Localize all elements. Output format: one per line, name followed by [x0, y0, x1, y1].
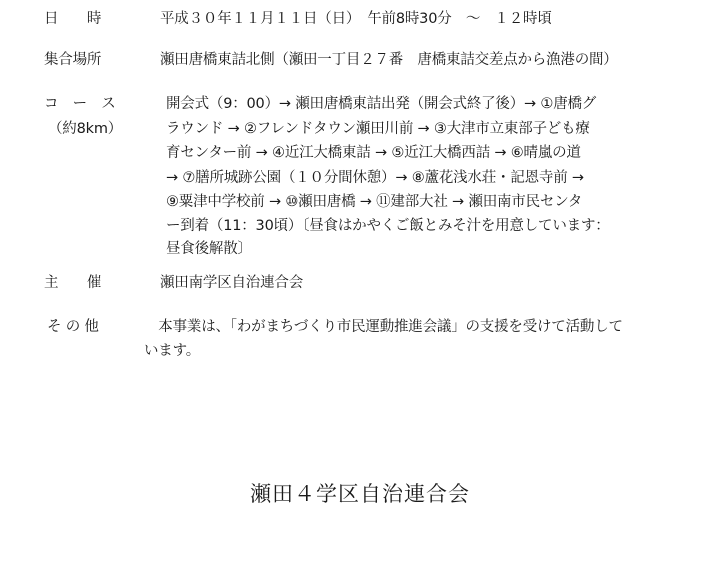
organization-signature: 瀬田４学区自治連合会	[250, 482, 470, 506]
course-line: ラウンド → ②フレンドタウン瀬田川前 → ③大津市立東部子ども療	[166, 120, 590, 138]
datetime-value: 平成３０年１１月１１日（日） 午前8時30分 ～ １２時頃	[160, 10, 552, 28]
course-line: ⑨粟津中学校前 → ⑩瀬田唐橋 → ⑪建部大社 → 瀬田南市民センタ	[166, 193, 582, 211]
course-line: ー到着（11：30頃）〔昼食はかやくご飯とみそ汁を用意しています：	[166, 217, 610, 235]
datetime-label: 日 時	[44, 10, 101, 28]
course-line: 育センター前 → ④近江大橋東詰 → ⑤近江大橋西詰 → ⑥晴嵐の道	[166, 144, 581, 162]
course-line: → ⑦膳所城跡公園（１０分間休憩）→ ⑧蘆花浅水荘・記恩寺前 →	[166, 169, 584, 187]
course-line: 開会式（9：00）→ 瀬田唐橋東詰出発（開会式終了後）→ ①唐橋グ	[166, 95, 596, 113]
other-label: そ の 他	[47, 318, 99, 336]
organizer-label: 主 催	[44, 274, 101, 292]
course-line: 昼食後解散〕	[166, 240, 252, 258]
other-line: います。	[144, 342, 200, 360]
meeting-place-value: 瀬田唐橋東詰北側（瀬田一丁目２７番 唐橋東詰交差点から漁港の間）	[160, 51, 618, 69]
course-label: コ ー ス	[44, 95, 116, 113]
other-line: 本事業は、「わがまちづくり市民運動推進会議」の支援を受けて活動して	[144, 318, 623, 336]
course-distance-label: （約8km）	[48, 120, 122, 138]
meeting-place-label: 集合場所	[44, 51, 101, 69]
organizer-value: 瀬田南学区自治連合会	[160, 274, 303, 292]
